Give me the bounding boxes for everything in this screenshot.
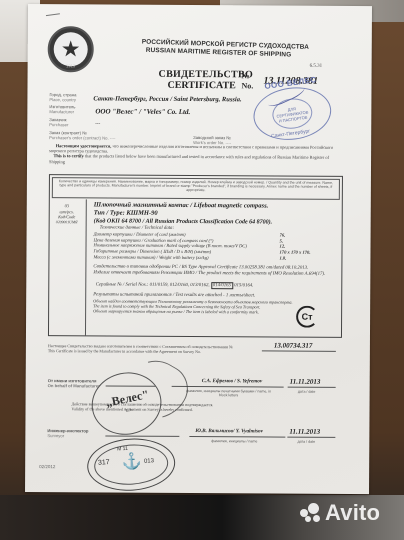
manufacturer-sign-label: От имени изготовителя On behalf of Manuf… [48,378,100,388]
place-label: Город, страна Place, country [49,92,76,102]
surveyor-date-line [287,437,335,438]
surveyor-date-caption: дата / date [291,440,321,444]
form-code: 6.5.31 [310,64,323,69]
table-header: Количество и единицы измерения. Наименов… [52,177,340,200]
agreement-number: 13.00734.317 [274,342,313,350]
footer-code: 02/2012 [39,464,55,469]
name-line [172,386,284,387]
serial-numbers: Серийные № / Serial Nos.: 011/0159, 012/… [93,282,339,290]
surveyor-label: Инженер-инспектор Surveyor [47,428,88,438]
number-label-en: No. [241,81,253,90]
purchaser-value: --- [95,121,100,126]
surveyor-name: Ю.В. Вяльмисов/ Y. Vyalmisov [195,428,263,434]
pencil-mark [46,13,60,16]
manufacturer-label: Изготовитель Manufacturer [49,104,75,114]
surveyor-name-caption: фамилия, инициалы / name [209,439,259,443]
anchor-icon: ⚓ [121,451,142,472]
date-line [288,387,336,388]
intro-text: Настоящим удостоверяется, что нижеперечи… [49,143,345,166]
highlighted-serial: 014/0165 [211,282,233,289]
product-details: Шлюпочный магнитный компас / Lifeboat ma… [93,201,340,314]
imo-compliance-text: Изделие отвечает требованиям Резолюции И… [93,271,339,279]
surveyor-sign-date: 11.11.2013 [289,428,320,436]
purchaser-label: Заказчик Purchaser [49,117,68,127]
certificate-document: ★ 1913 РОССИЙСКИЙ МОРСКОЙ РЕГИСТР СУДОХО… [25,4,372,494]
agreement-text: Настоящее Свидетельство выдано изготовит… [48,343,288,355]
manufacturer-value: ООО "Велес" / "Veles" Co. Ltd. [95,107,190,116]
quantity-column: 03 шт/pcs. Код/Code 0209001UMЯ [53,203,81,225]
avito-logo-icon [300,503,322,523]
number-label-ru: № [242,71,250,80]
title-ru: СВИДЕТЕЛЬСТВО [159,69,254,81]
conformity-mark-icon: Ст [296,306,318,328]
column-divider [85,199,87,335]
manufacturer-signer-name: С.А. Ефремов / S. Yefremov [202,378,263,384]
order-label: Заказ (контракт) № Purchaser's order (co… [49,130,115,140]
avito-watermark: Avito [300,500,380,526]
avito-brand-text: Avito [325,500,380,526]
surveyor-name-line [189,436,285,437]
title-en: CERTIFICATE [167,80,235,91]
rs-surveyor-seal: М 11 317 ⚓ 013 [86,436,177,493]
place-value: Санкт-Петербург, Россия / Saint Petersbu… [93,95,241,103]
surveyor-sign-line [105,435,179,436]
date-caption: дата / date [292,390,322,394]
name-caption: фамилия, инициалы печатными буквами / na… [186,389,272,398]
rs-logo-icon: ★ 1913 [48,26,94,72]
manufacturer-sign-date: 11.11.2013 [290,378,321,386]
